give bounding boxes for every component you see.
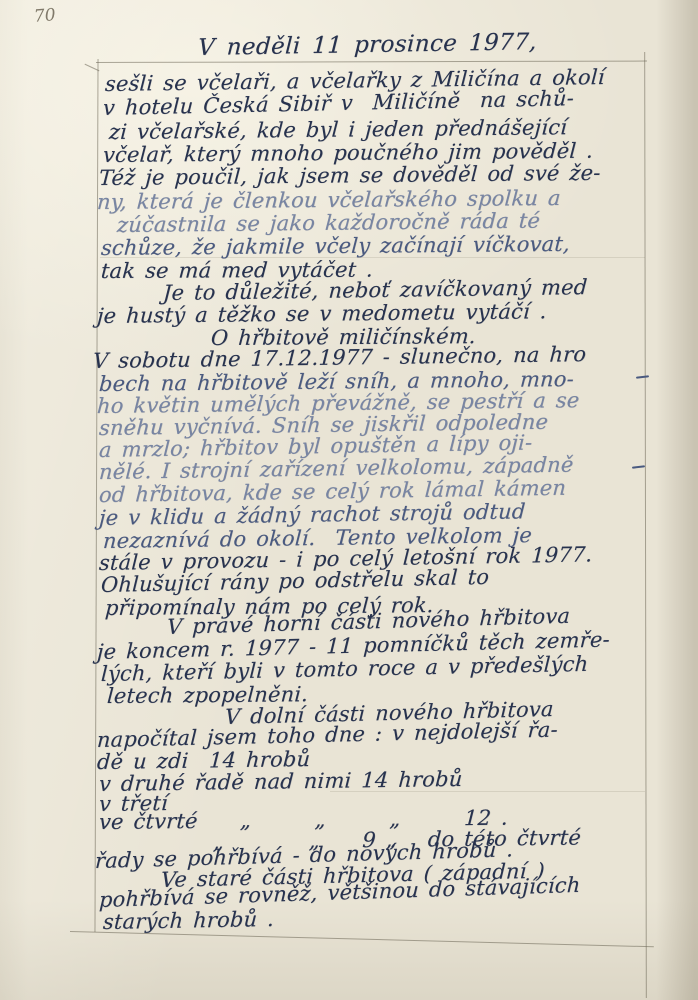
page-title: V neděli 11 prosince 1977,	[197, 28, 537, 62]
chronicle-page: 70 V neděli 11 prosince 1977, sešli se v…	[0, 0, 698, 1000]
margin-hyphen-mark	[632, 465, 645, 469]
margin-hyphen-mark	[636, 375, 649, 379]
handwritten-line: je hustý a těžko se v medometu vytáčí .	[96, 299, 547, 328]
manuscript: sešli se včelaři, a včelařky z Miličína …	[0, 0, 698, 1000]
handwritten-line: starých hrobů .	[102, 907, 274, 934]
handwritten-line: napočítal jsem toho dne : v nejdolejší ř…	[96, 718, 558, 752]
handwritten-line: schůze, že jakmile včely začínají víčkov…	[100, 232, 570, 260]
